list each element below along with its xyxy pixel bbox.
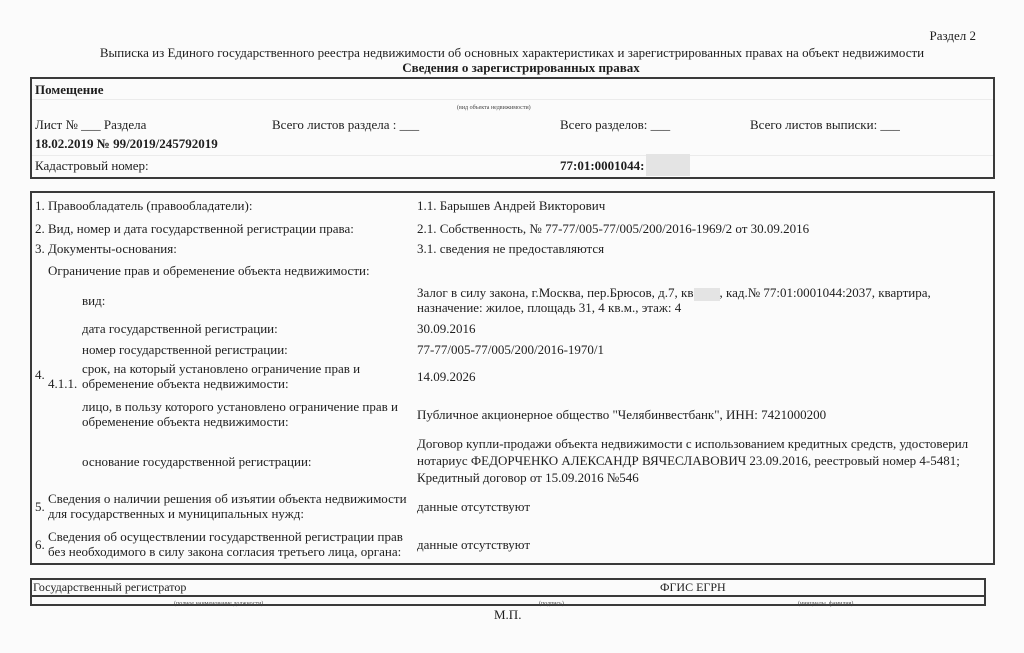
row-4-subnum: 4.1.1. [48, 376, 77, 391]
redacted-block [646, 154, 690, 176]
row-5-num: 5. [35, 499, 45, 514]
kind-value-line2: назначение: жилое, площадь 31, 4 кв.м., … [417, 300, 681, 315]
object-info-box: Помещение (вид объекта недвижимости) Лис… [30, 77, 995, 179]
signature-block: Государственный регистратор ФГИС ЕГРН (п… [30, 578, 986, 606]
reg-date-value: 30.09.2016 [417, 321, 476, 336]
document-subtitle: Сведения о зарегистрированных правах [0, 60, 1024, 76]
row-1-value: 1.1. Барышев Андрей Викторович [417, 198, 605, 213]
term-label-line2: обременение объекта недвижимости: [82, 376, 289, 391]
sheet-label: Лист № ___ Раздела [35, 117, 146, 132]
caption-name: (инициалы, фамилия) [798, 597, 853, 612]
caption-signature: (подпись) [539, 597, 564, 612]
row-3-value: 3.1. сведения не предоставляются [417, 241, 604, 256]
stamp-place: М.П. [494, 607, 521, 623]
row-2-label: 2. Вид, номер и дата государственной рег… [35, 221, 354, 236]
caption-position: (полное наименование должности) [174, 597, 263, 612]
reg-date-label: дата государственной регистрации: [82, 321, 278, 336]
basis-label: основание государственной регистрации: [82, 454, 312, 469]
term-value: 14.09.2026 [417, 369, 476, 384]
document-title: Выписка из Единого государственного реес… [0, 45, 1024, 61]
section-label: Раздел 2 [929, 28, 976, 44]
cadastral-label: Кадастровый номер: [35, 158, 149, 173]
row-5-label-line2: для государственных и муниципальных нужд… [48, 506, 304, 521]
row-6-label-line2: без необходимого в силу закона согласия … [48, 544, 401, 559]
encumbrance-heading: Ограничение прав и обременение объекта н… [48, 263, 370, 278]
beneficiary-label-line2: обременение объекта недвижимости: [82, 414, 289, 429]
rights-box: 1. Правообладатель (правообладатели): 1.… [30, 191, 995, 565]
row-5-value: данные отсутствуют [417, 499, 530, 514]
row-5-label-line1: Сведения о наличии решения об изъятии об… [48, 491, 407, 506]
sections-total-label: Всего разделов: ___ [560, 117, 670, 132]
beneficiary-value: Публичное акционерное общество "Челябинв… [417, 407, 826, 422]
redacted-block [694, 288, 720, 301]
sheets-in-section-label: Всего листов раздела : ___ [272, 117, 419, 132]
term-label-line1: срок, на который установлено ограничение… [82, 361, 360, 376]
cadastral-value: 77:01:0001044: [560, 158, 645, 173]
basis-value-line2: нотариус ФЕДОРЧЕНКО АЛЕКСАНДР ВЯЧЕСЛАВОВ… [417, 453, 960, 468]
object-type-caption: (вид объекта недвижимости) [457, 101, 531, 116]
beneficiary-label-line1: лицо, в пользу которого установлено огра… [82, 399, 398, 414]
row-4-num: 4. [35, 367, 45, 382]
basis-value-line3: Кредитный договор от 15.09.2016 №546 [417, 470, 639, 485]
row-1-label: 1. Правообладатель (правообладатели): [35, 198, 252, 213]
reg-number-value: 77-77/005-77/005/200/2016-1970/1 [417, 342, 604, 357]
row-6-value: данные отсутствуют [417, 537, 530, 552]
object-type: Помещение [35, 82, 104, 97]
extract-date-number: 18.02.2019 № 99/2019/245792019 [35, 136, 218, 151]
signature-value: ФГИС ЕГРН [660, 580, 726, 595]
sheets-total-label: Всего листов выписки: ___ [750, 117, 900, 132]
basis-value-line1: Договор купли-продажи объекта недвижимос… [417, 436, 968, 451]
kind-label: вид: [82, 293, 105, 308]
kind-value-line1: Залог в силу закона, г.Москва, пер.Брюсо… [417, 285, 931, 301]
row-6-num: 6. [35, 537, 45, 552]
reg-number-label: номер государственной регистрации: [82, 342, 288, 357]
registrar-position: Государственный регистратор [33, 580, 186, 595]
row-6-label-line1: Сведения об осуществлении государственно… [48, 529, 403, 544]
row-3-label: 3. Документы-основания: [35, 241, 177, 256]
row-2-value: 2.1. Собственность, № 77-77/005-77/005/2… [417, 221, 809, 236]
